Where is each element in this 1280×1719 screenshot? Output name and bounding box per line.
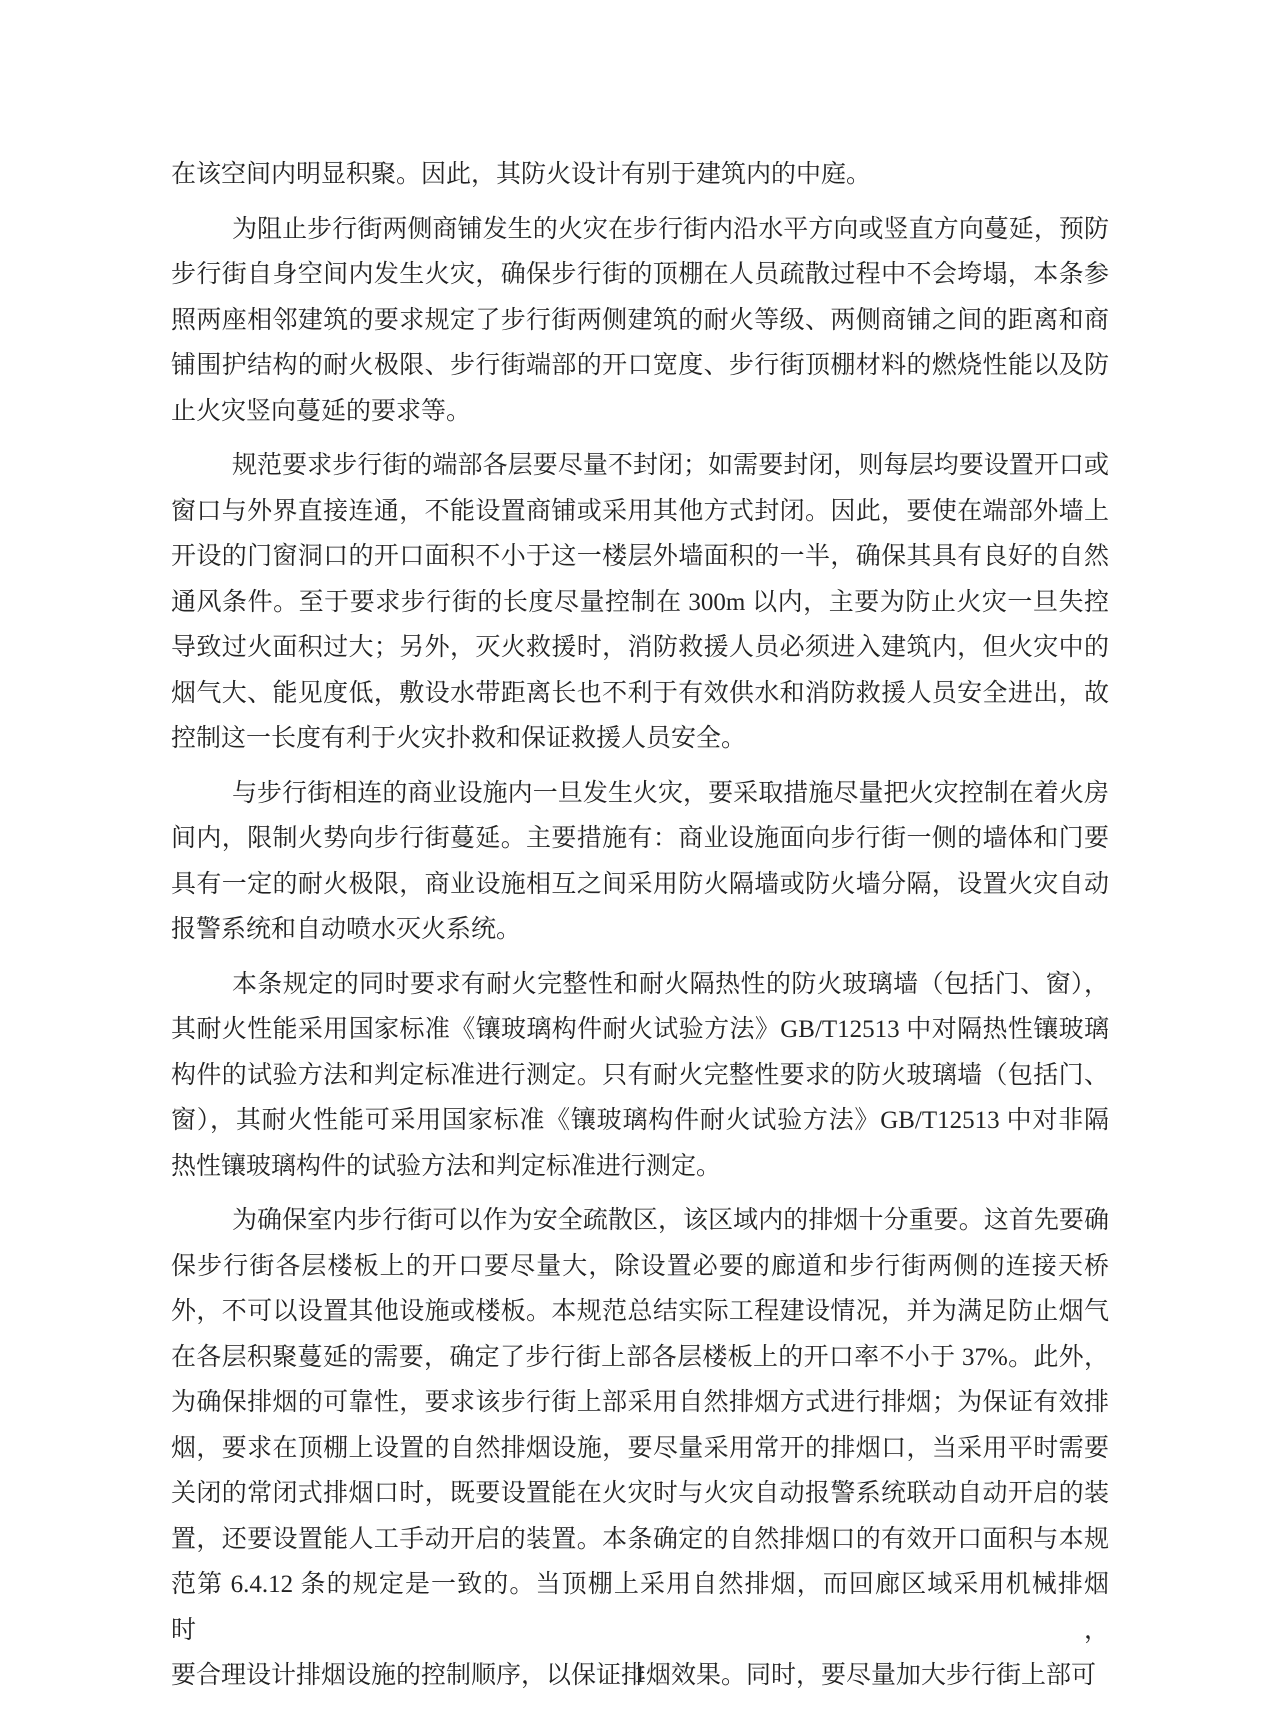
text-line: 导致过火面积过大；另外，灭火救援时，消防救援人员必须进入建筑内，但火灾中的 bbox=[171, 625, 1109, 671]
text-line: 热性镶玻璃构件的试验方法和判定标准进行测定。 bbox=[171, 1144, 1109, 1190]
text-line: 通风条件。至于要求步行街的长度尽量控制在 300m 以内，主要为防止火灾一旦失控 bbox=[171, 580, 1109, 626]
text-line: 报警系统和自动喷水灭火系统。 bbox=[171, 907, 1109, 953]
text-line: 烟，要求在顶棚上设置的自然排烟设施，要尽量采用常开的排烟口，当采用平时需要 bbox=[171, 1426, 1109, 1472]
document-body: 在该空间内明显积聚。因此，其防火设计有别于建筑内的中庭。为阻止步行街两侧商铺发生… bbox=[171, 152, 1109, 1699]
text-line: 在各层积聚蔓延的需要，确定了步行街上部各层楼板上的开口率不小于 37%。此外， bbox=[171, 1335, 1109, 1381]
paragraph: 规范要求步行街的端部各层要尽量不封闭；如需要封闭，则每层均要设置开口或窗口与外界… bbox=[171, 443, 1109, 762]
text-line: 铺围护结构的耐火极限、步行街端部的开口宽度、步行街顶棚材料的燃烧性能以及防 bbox=[171, 343, 1109, 389]
text-line: 烟气大、能见度低，敷设水带距离长也不利于有效供水和消防救援人员安全进出，故 bbox=[171, 671, 1109, 717]
text-line: 步行街自身空间内发生火灾，确保步行街的顶棚在人员疏散过程中不会垮塌，本条参 bbox=[171, 252, 1109, 298]
text-line: 范第 6.4.12 条的规定是一致的。当顶棚上采用自然排烟，而回廊区域采用机械排… bbox=[171, 1562, 1109, 1653]
paragraph: 为阻止步行街两侧商铺发生的火灾在步行街内沿水平方向或竖直方向蔓延，预防步行街自身… bbox=[171, 207, 1109, 435]
text-line: 关闭的常闭式排烟口时，既要设置能在火灾时与火灾自动报警系统联动自动开启的装 bbox=[171, 1471, 1109, 1517]
text-line: 在该空间内明显积聚。因此，其防火设计有别于建筑内的中庭。 bbox=[171, 152, 1109, 198]
paragraph: 与步行街相连的商业设施内一旦发生火灾，要采取措施尽量把火灾控制在着火房间内，限制… bbox=[171, 771, 1109, 953]
text-line: 保步行街各层楼板上的开口要尽量大，除设置必要的廊道和步行街两侧的连接天桥 bbox=[171, 1244, 1109, 1290]
text-line: 间内，限制火势向步行街蔓延。主要措施有：商业设施面向步行街一侧的墙体和门要 bbox=[171, 816, 1109, 862]
text-line: 外，不可以设置其他设施或楼板。本规范总结实际工程建设情况，并为满足防止烟气 bbox=[171, 1289, 1109, 1335]
paragraph: 为确保室内步行街可以作为安全疏散区，该区域内的排烟十分重要。这首先要确保步行街各… bbox=[171, 1198, 1109, 1699]
text-line: 止火灾竖向蔓延的要求等。 bbox=[171, 389, 1109, 435]
text-line: 窗），其耐火性能可采用国家标准《镶玻璃构件耐火试验方法》GB/T12513 中对… bbox=[171, 1098, 1109, 1144]
text-line: 开设的门窗洞口的开口面积不小于这一楼层外墙面积的一半，确保其具有良好的自然 bbox=[171, 534, 1109, 580]
document-page: 在该空间内明显积聚。因此，其防火设计有别于建筑内的中庭。为阻止步行街两侧商铺发生… bbox=[0, 0, 1280, 1719]
text-line: 其耐火性能采用国家标准《镶玻璃构件耐火试验方法》GB/T12513 中对隔热性镶… bbox=[171, 1007, 1109, 1053]
text-line: 控制这一长度有利于火灾扑救和保证救援人员安全。 bbox=[171, 716, 1109, 762]
text-line: 为确保室内步行街可以作为安全疏散区，该区域内的排烟十分重要。这首先要确 bbox=[171, 1198, 1109, 1244]
text-line: 为阻止步行街两侧商铺发生的火灾在步行街内沿水平方向或竖直方向蔓延，预防 bbox=[171, 207, 1109, 253]
text-line: 具有一定的耐火极限，商业设施相互之间采用防火隔墙或防火墙分隔，设置火灾自动 bbox=[171, 862, 1109, 908]
paragraph: 本条规定的同时要求有耐火完整性和耐火隔热性的防火玻璃墙（包括门、窗），其耐火性能… bbox=[171, 962, 1109, 1190]
text-line: 置，还要设置能人工手动开启的装置。本条确定的自然排烟口的有效开口面积与本规 bbox=[171, 1517, 1109, 1563]
text-line: 照两座相邻建筑的要求规定了步行街两侧建筑的耐火等级、两侧商铺之间的距离和商 bbox=[171, 298, 1109, 344]
text-line: 为确保排烟的可靠性，要求该步行街上部采用自然排烟方式进行排烟；为保证有效排 bbox=[171, 1380, 1109, 1426]
text-line: 规范要求步行街的端部各层要尽量不封闭；如需要封闭，则每层均要设置开口或 bbox=[171, 443, 1109, 489]
page-number: 1 bbox=[0, 1660, 1280, 1690]
text-line: 构件的试验方法和判定标准进行测定。只有耐火完整性要求的防火玻璃墙（包括门、 bbox=[171, 1053, 1109, 1099]
paragraph: 在该空间内明显积聚。因此，其防火设计有别于建筑内的中庭。 bbox=[171, 152, 1109, 198]
text-line: 与步行街相连的商业设施内一旦发生火灾，要采取措施尽量把火灾控制在着火房 bbox=[171, 771, 1109, 817]
text-line: 窗口与外界直接连通，不能设置商铺或采用其他方式封闭。因此，要使在端部外墙上 bbox=[171, 489, 1109, 535]
text-line: 本条规定的同时要求有耐火完整性和耐火隔热性的防火玻璃墙（包括门、窗）， bbox=[171, 962, 1109, 1008]
